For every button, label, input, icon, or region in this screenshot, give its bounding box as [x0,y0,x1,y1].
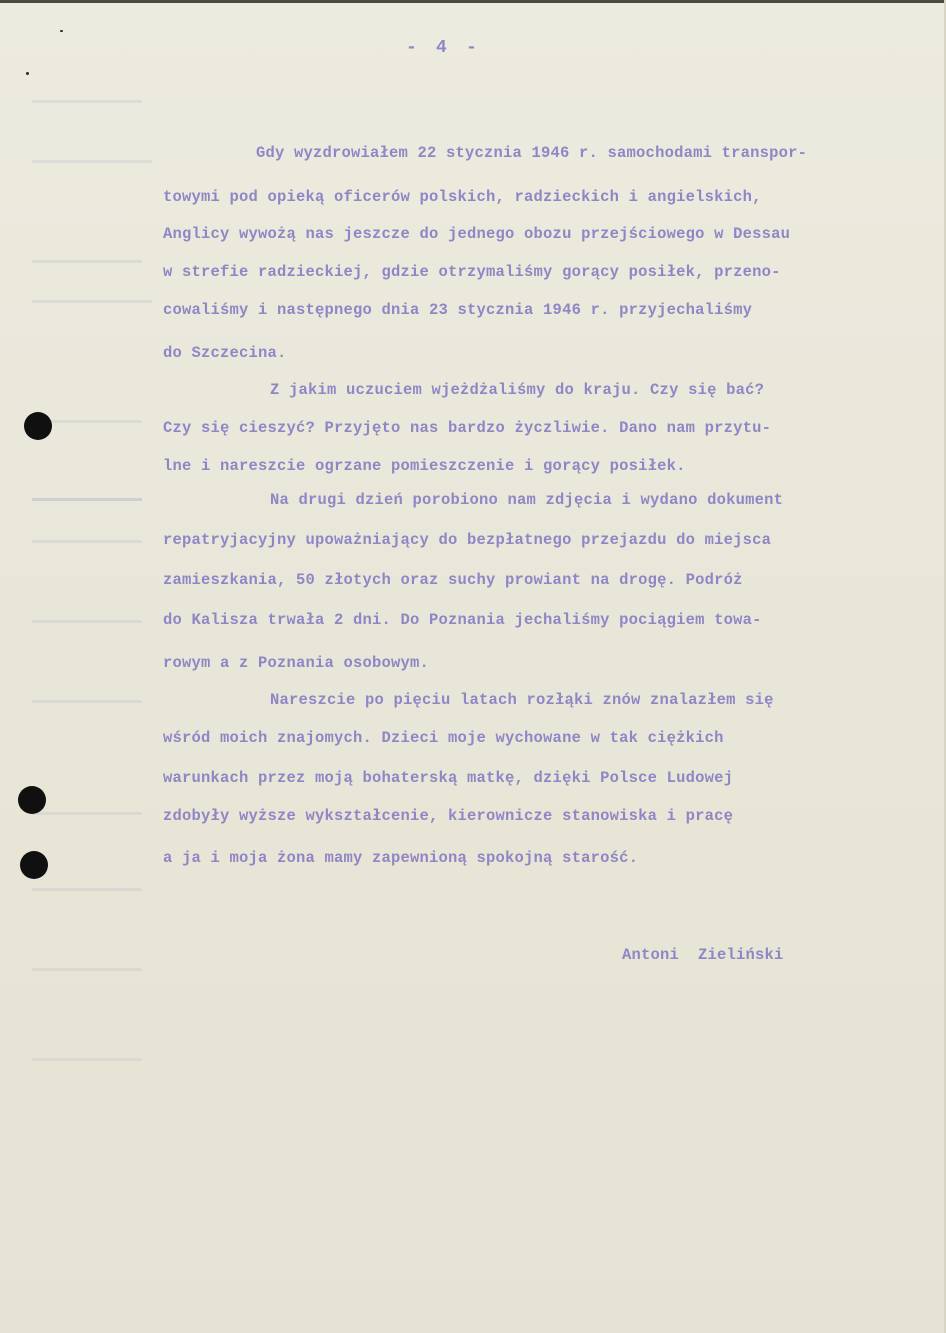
dust-speck [26,72,29,75]
typed-line: warunkach przez moją bohaterską matkę, d… [163,768,733,788]
show-through-mark [32,160,152,163]
typed-line: towymi pod opieką oficerów polskich, rad… [163,187,762,207]
typed-line: Nareszcie po pięciu latach rozłąki znów … [270,690,774,710]
typed-line: do Kalisza trwała 2 dni. Do Poznania jec… [163,610,762,630]
page-number: - 4 - [406,38,477,58]
scan-top-edge [0,0,946,3]
show-through-mark [32,968,142,971]
typed-line: Gdy wyzdrowiałem 22 stycznia 1946 r. sam… [256,143,807,163]
typed-line: Z jakim uczuciem wjeżdżaliśmy do kraju. … [270,380,764,400]
typed-line: Czy się cieszyć? Przyjęto nas bardzo życ… [163,418,771,438]
typed-line: zamieszkania, 50 złotych oraz suchy prow… [163,570,743,590]
binding-hole [24,412,52,440]
show-through-mark [32,620,142,623]
typed-line: cowaliśmy i następnego dnia 23 stycznia … [163,300,752,320]
show-through-mark [32,700,142,703]
signature: Antoni Zieliński [622,946,784,964]
typed-line: repatryjacyjny upoważniający do bezpłatn… [163,530,771,550]
typed-line: Na drugi dzień porobiono nam zdjęcia i w… [270,490,783,510]
typed-line: do Szczecina. [163,343,287,363]
show-through-mark [32,1058,142,1061]
show-through-mark [32,498,142,501]
typed-line: w strefie radzieckiej, gdzie otrzymaliśm… [163,262,781,282]
dust-speck [60,30,63,32]
show-through-mark [32,260,142,263]
typed-line: rowym a z Poznania osobowym. [163,653,429,673]
binding-hole [20,851,48,879]
show-through-mark [32,300,152,303]
typed-line: lne i nareszcie ogrzane pomieszczenie i … [163,456,686,476]
show-through-mark [32,888,142,891]
show-through-mark [32,540,142,543]
typed-line: Anglicy wywożą nas jeszcze do jednego ob… [163,224,790,244]
typed-line: zdobyły wyższe wykształcenie, kierownicz… [163,806,733,826]
show-through-mark [32,812,142,815]
binding-hole [18,786,46,814]
typed-line: wśród moich znajomych. Dzieci moje wycho… [163,728,724,748]
typed-line: a ja i moja żona mamy zapewnioną spokojn… [163,848,638,868]
show-through-mark [32,100,142,103]
